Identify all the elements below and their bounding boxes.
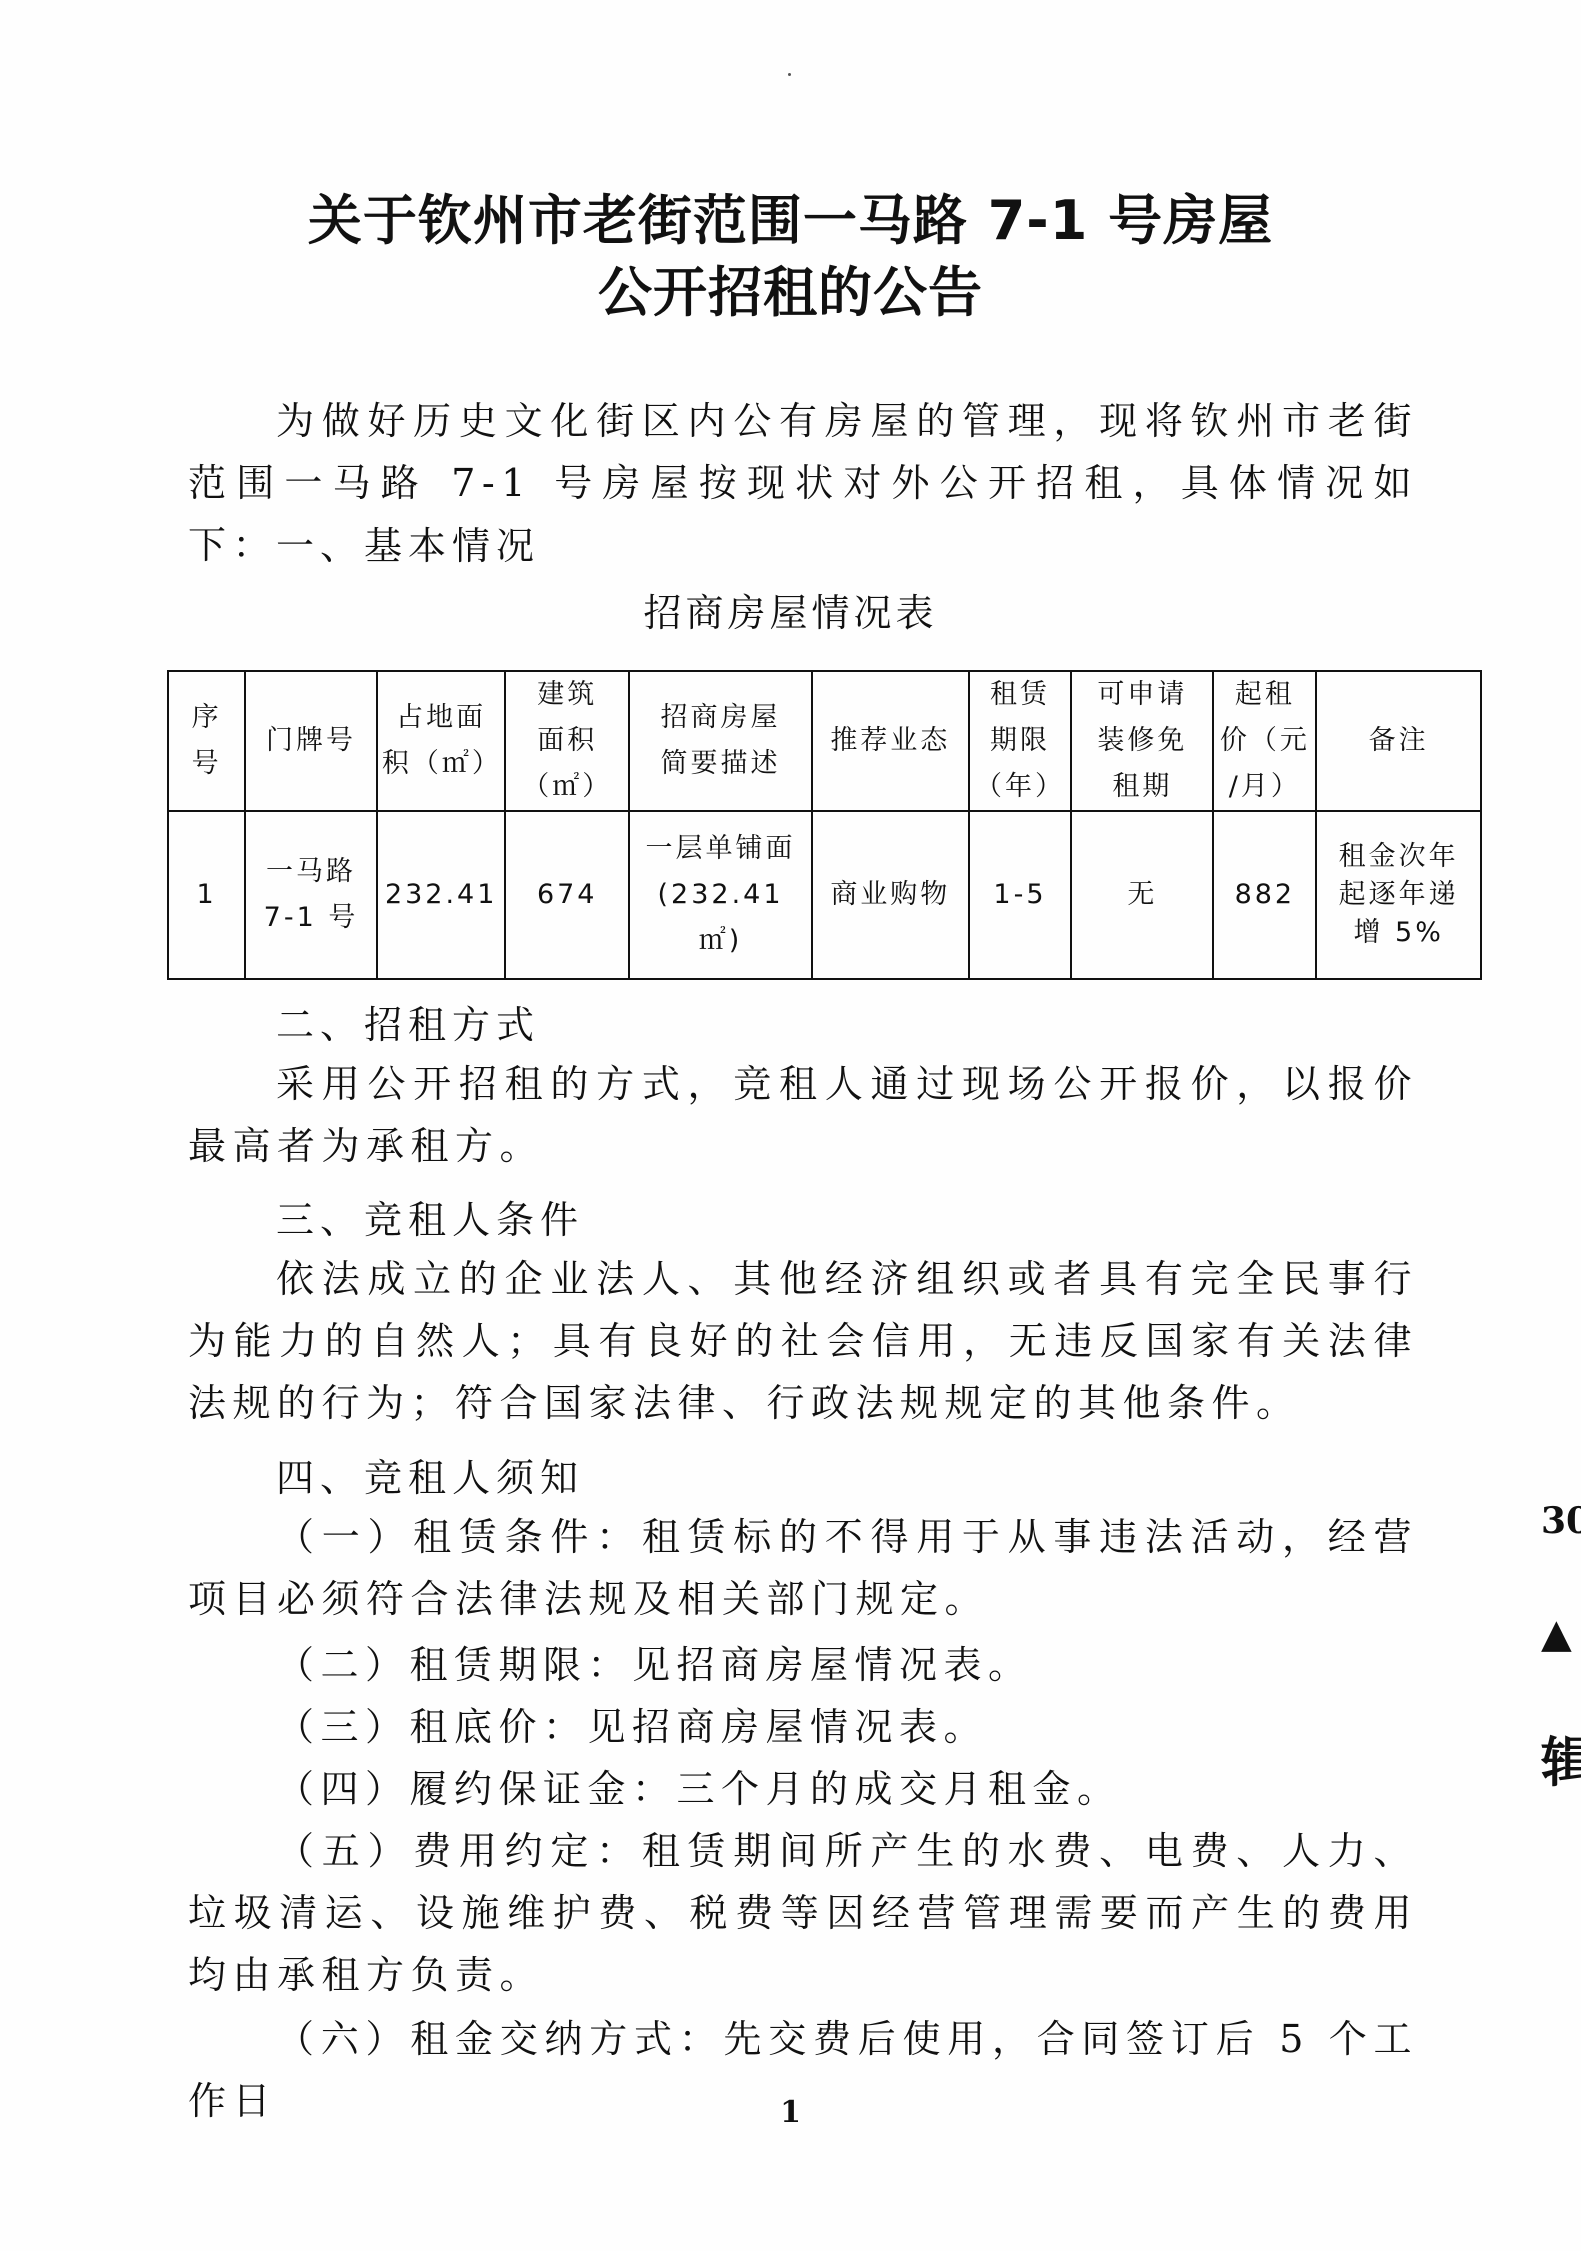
cell-lease-term: 1-5 xyxy=(969,811,1072,979)
page-number: 1 xyxy=(0,2095,1581,2130)
section-4-heading: 四、竞租人须知 xyxy=(276,1448,584,1508)
cell-address: 一马路 7-1 号 xyxy=(245,811,377,979)
property-table: 序 号 门牌号 占地面 积（㎡） 建筑 面积 （㎡） 招商房屋 简要描述 xyxy=(167,670,1482,980)
cell-land-area: 232.41 xyxy=(377,811,506,979)
header-index: 序 号 xyxy=(168,671,245,811)
cell-building-area: 674 xyxy=(505,811,628,979)
header-building-area: 建筑 面积 （㎡） xyxy=(505,671,628,811)
document-title-line2: 公开招租的公告 xyxy=(0,262,1581,324)
notice-item-5: （五）费用约定：租赁期间所产生的水费、电费、人力、垃圾清运、设施维护费、税费等因… xyxy=(188,1820,1418,2006)
notice-item-2: （二）租赁期限：见招商房屋情况表。 xyxy=(188,1634,1418,1696)
header-rent-free-period: 可申请 装修免 租期 xyxy=(1071,671,1213,811)
cell-rent-free-period: 无 xyxy=(1071,811,1213,979)
header-remarks: 备注 xyxy=(1316,671,1481,811)
header-land-area: 占地面 积（㎡） xyxy=(377,671,506,811)
scan-speck xyxy=(788,73,791,76)
notice-item-3: （三）租底价：见招商房屋情况表。 xyxy=(188,1696,1418,1758)
notice-item-1: （一）租赁条件：租赁标的不得用于从事违法活动，经营项目必须符合法律法规及相关部门… xyxy=(188,1506,1418,1630)
section-3-heading: 三、竞租人条件 xyxy=(276,1190,584,1250)
section-2-body: 采用公开招租的方式，竞租人通过现场公开报价，以报价最高者为承租方。 xyxy=(188,1053,1418,1177)
table-header-row: 序 号 门牌号 占地面 积（㎡） 建筑 面积 （㎡） 招商房屋 简要描述 xyxy=(168,671,1481,811)
margin-seal-fragment-3: 辑 xyxy=(1541,1720,1581,1800)
margin-seal-fragment-1: 30 xyxy=(1541,1500,1581,1570)
cell-description: 一层单铺面 (232.41 ㎡) xyxy=(629,811,812,979)
cell-starting-rent: 882 xyxy=(1213,811,1316,979)
cell-recommended-use: 商业购物 xyxy=(812,811,968,979)
header-recommended-use: 推荐业态 xyxy=(812,671,968,811)
cell-index: 1 xyxy=(168,811,245,979)
header-starting-rent: 起租 价（元 /月） xyxy=(1213,671,1316,811)
header-description: 招商房屋 简要描述 xyxy=(629,671,812,811)
document-title-line1: 关于钦州市老街范围一马路 7-1 号房屋 xyxy=(0,190,1581,252)
header-address: 门牌号 xyxy=(245,671,377,811)
table-caption: 招商房屋情况表 xyxy=(0,585,1581,641)
cell-remarks: 租金次年 起逐年递 增 5% xyxy=(1316,811,1481,979)
margin-seal-fragment-2: ▲ xyxy=(1541,1610,1581,1670)
notice-item-4: （四）履约保证金：三个月的成交月租金。 xyxy=(188,1758,1418,1820)
section-1-heading: 一、基本情况 xyxy=(276,516,540,576)
section-3-body: 依法成立的企业法人、其他经济组织或者具有完全民事行为能力的自然人；具有良好的社会… xyxy=(188,1248,1418,1434)
section-2-heading: 二、招租方式 xyxy=(276,995,540,1055)
document-page: 关于钦州市老街范围一马路 7-1 号房屋 公开招租的公告 为做好历史文化街区内公… xyxy=(0,0,1581,2251)
table-row: 1 一马路 7-1 号 232.41 674 一层单铺面 (232.41 ㎡) … xyxy=(168,811,1481,979)
header-lease-term: 租赁 期限 （年） xyxy=(969,671,1072,811)
